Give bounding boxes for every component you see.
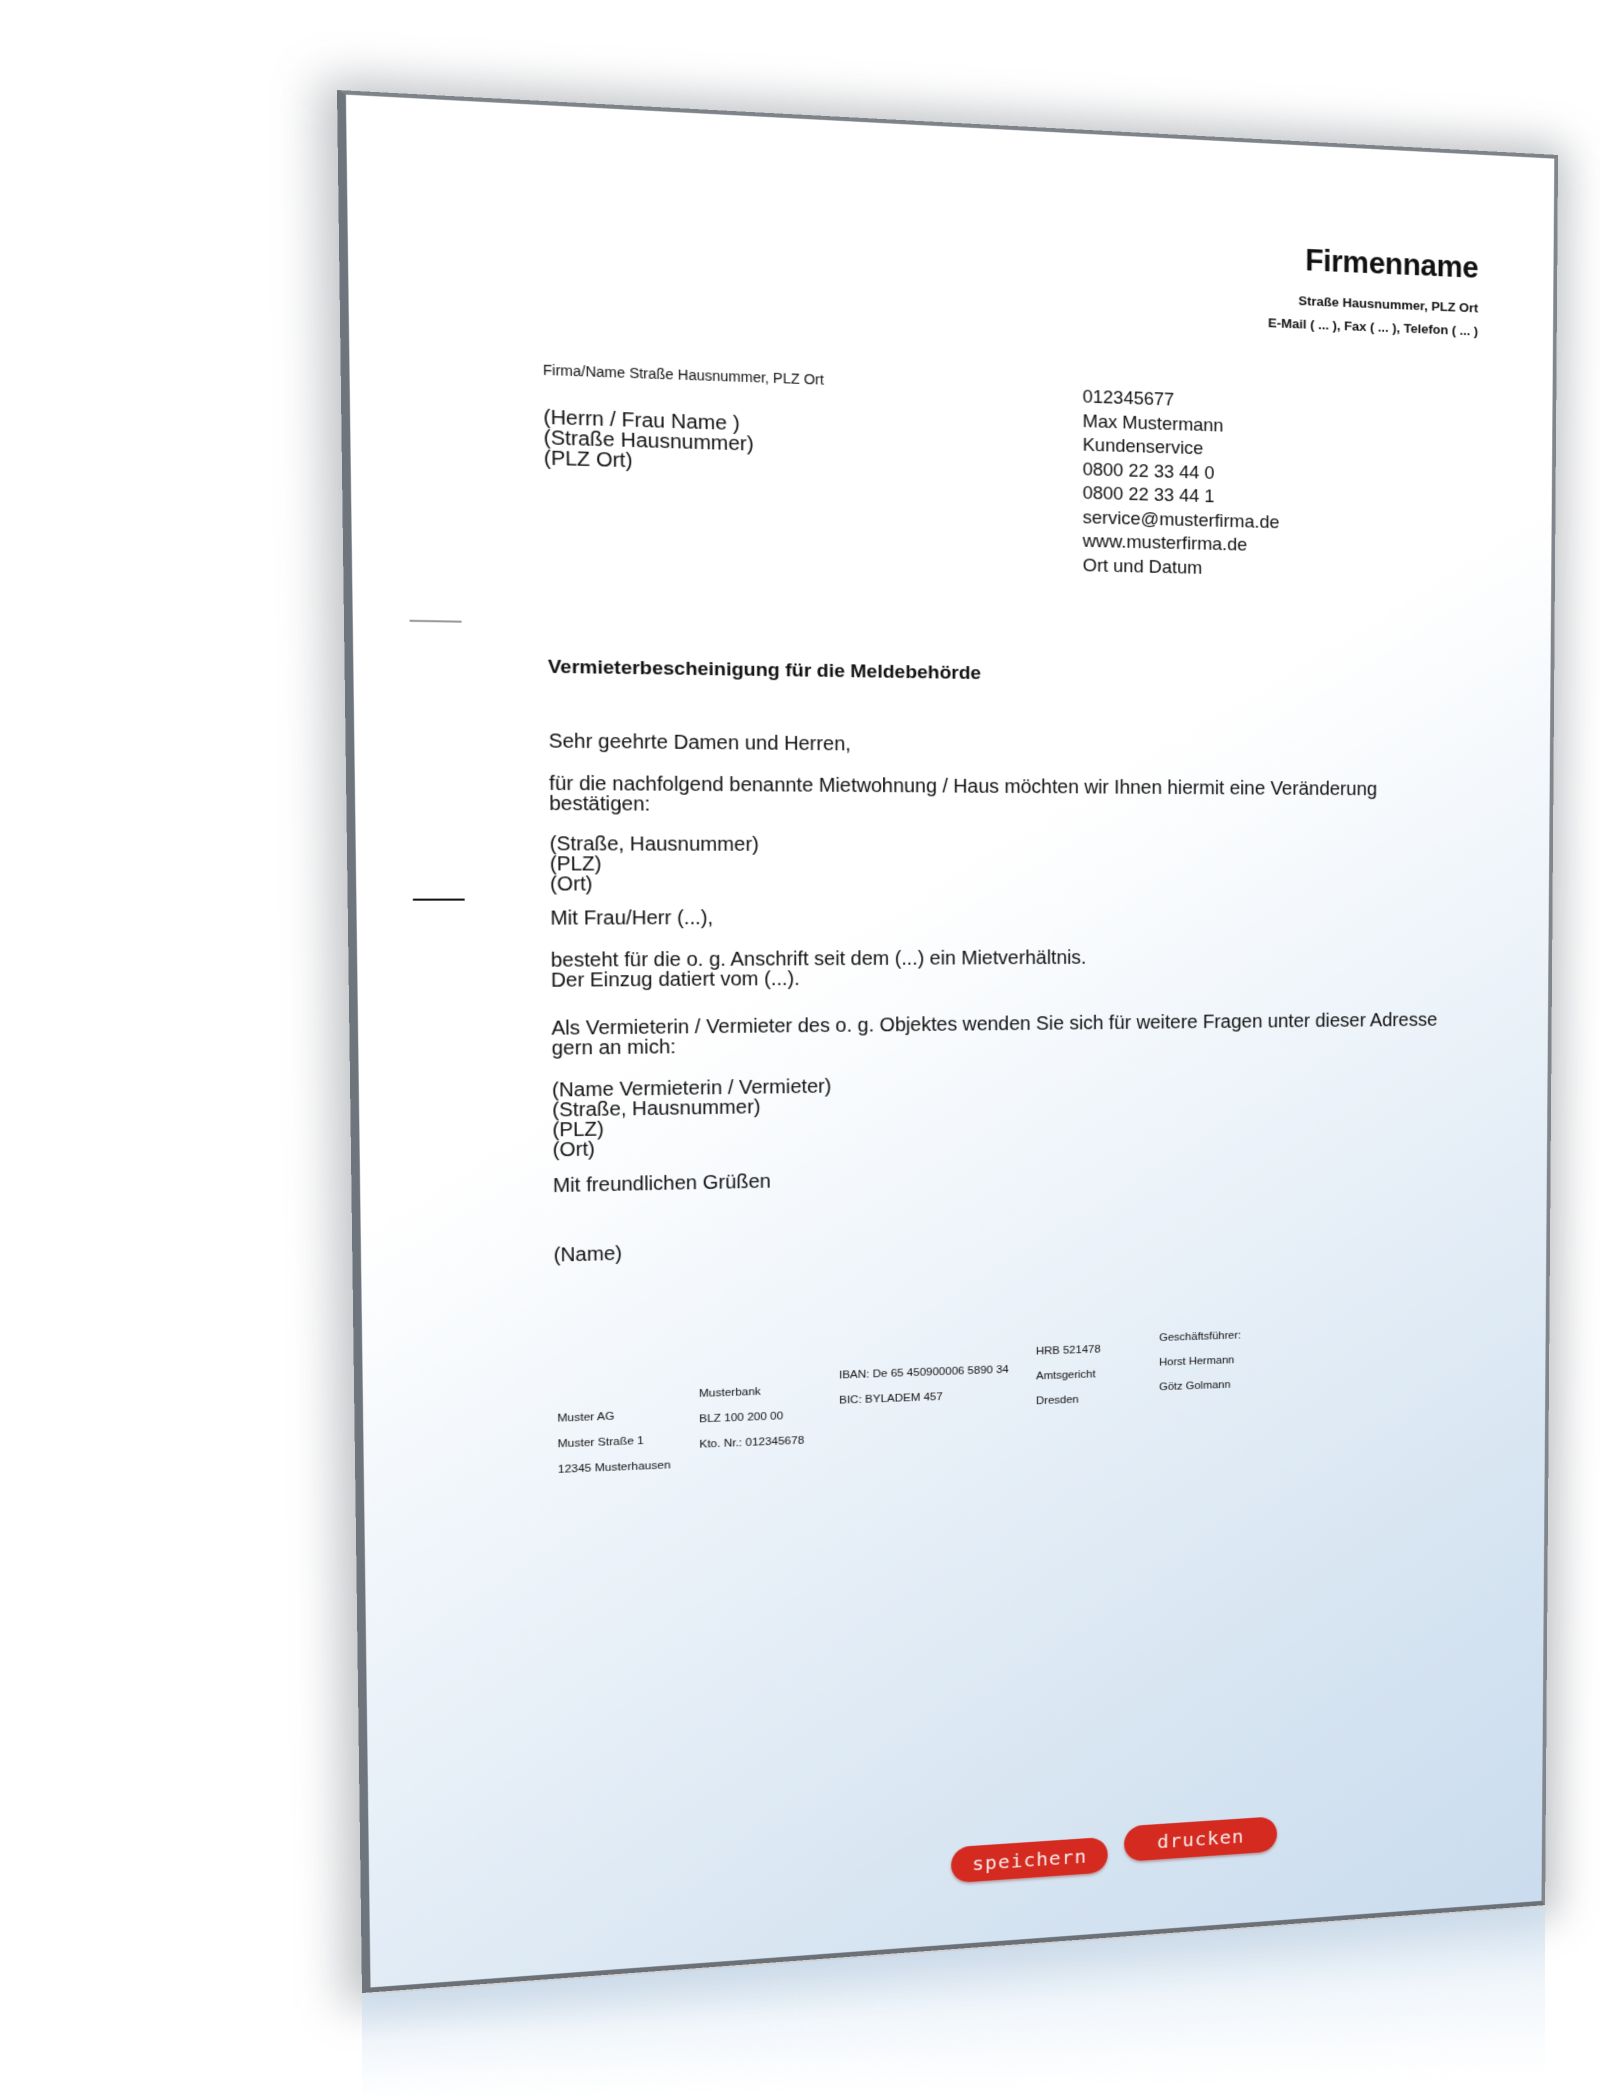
body-line: für die nachfolgend benannte Mietwohnung… — [549, 774, 1377, 799]
footer-bank: Musterbank BLZ 100 200 00 Kto. Nr.: 0123… — [699, 1378, 804, 1458]
footer-line: Geschäftsführer: — [1159, 1323, 1241, 1350]
company-name: Firmenname — [1305, 243, 1478, 286]
footer-line: HRB 521478 — [1036, 1337, 1101, 1364]
letter-subject: Vermieterbescheinigung für die Meldebehö… — [548, 657, 981, 685]
footer-line: 12345 Musterhausen — [558, 1453, 671, 1483]
punch-mark — [413, 899, 465, 901]
company-address: Straße Hausnummer, PLZ Ort — [1298, 293, 1478, 315]
landlord-city: (Ort) — [553, 1136, 832, 1161]
footer-company: Muster AG Muster Straße 1 12345 Musterha… — [557, 1402, 671, 1483]
fold-mark — [410, 620, 462, 623]
signature-name: (Name) — [554, 1244, 623, 1266]
body-paragraph-1: für die nachfolgend benannte Mietwohnung… — [549, 774, 1377, 818]
company-contact: E-Mail ( ... ), Fax ( ... ), Telefon ( .… — [1268, 315, 1478, 338]
sender-return-address: Firma/Name Straße Hausnummer, PLZ Ort — [543, 362, 824, 388]
footer-line: Kto. Nr.: 012345678 — [699, 1428, 804, 1457]
footer-line: Dresden — [1036, 1387, 1101, 1414]
footer-line: BIC: BYLADEM 457 — [839, 1382, 1009, 1413]
footer-line: Götz Golmann — [1159, 1372, 1241, 1399]
body-paragraph-3: besteht für die o. g. Anschrift seit dem… — [551, 948, 1087, 990]
footer-iban: IBAN: De 65 450900006 5890 34 BIC: BYLAD… — [839, 1357, 1009, 1413]
property-street: (Straße, Hausnummer) — [550, 834, 759, 855]
body-line: Der Einzug datiert vom (...). — [551, 968, 1086, 991]
body-paragraph-4: Als Vermieterin / Vermieter des o. g. Ob… — [551, 1012, 1248, 1058]
footer-line: Musterbank — [699, 1378, 804, 1407]
print-button[interactable]: drucken — [1124, 1816, 1277, 1862]
closing: Mit freundlichen Grüßen — [553, 1172, 771, 1196]
body-paragraph-2: Mit Frau/Herr (...), — [550, 908, 713, 928]
document-preview-stage: Firmenname Straße Hausnummer, PLZ Ort E-… — [0, 0, 1600, 2100]
footer-management: Geschäftsführer: Horst Hermann Götz Golm… — [1159, 1323, 1241, 1399]
salutation: Sehr geehrte Damen und Herren, — [549, 731, 851, 754]
landlord-address: (Name Vermieterin / Vermieter) (Straße, … — [552, 1077, 832, 1160]
body-line: besteht für die o. g. Anschrift seit dem… — [551, 948, 1087, 970]
property-zip: (PLZ) — [550, 854, 759, 874]
footer-register: HRB 521478 Amtsgericht Dresden — [1036, 1337, 1101, 1414]
contact-block: 012345677 Max Mustermann Kundenservice 0… — [1083, 385, 1280, 582]
property-address: (Straße, Hausnummer) (PLZ) (Ort) — [550, 834, 760, 894]
place-and-date: Ort und Datum — [1083, 553, 1280, 581]
save-button[interactable]: speichern — [951, 1837, 1108, 1883]
footer-line: Horst Hermann — [1159, 1348, 1241, 1375]
footer-line: Amtsgericht — [1036, 1362, 1101, 1389]
recipient-address: (Herrn / Frau Name ) (Straße Hausnummer)… — [543, 408, 754, 475]
property-city: (Ort) — [550, 874, 759, 894]
letter-page: Firmenname Straße Hausnummer, PLZ Ort E-… — [337, 90, 1558, 1993]
